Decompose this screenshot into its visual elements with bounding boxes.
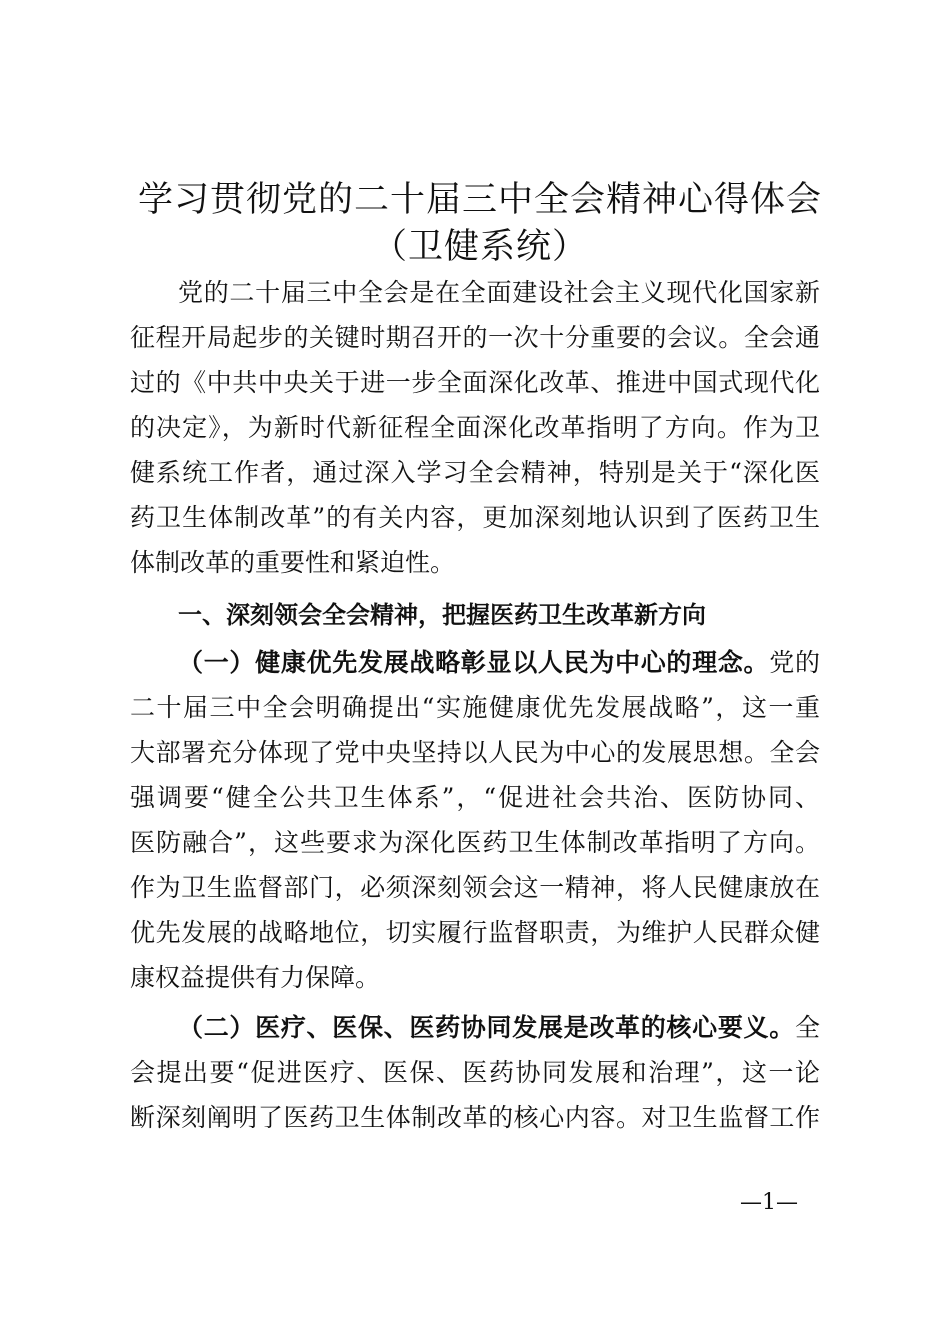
paragraph-line: 党的二十届三中全会是在全面建设社会主义现代化国家新 (178, 278, 820, 308)
paragraph-line: 过的《中共中央关于进一步全面深化改革、推进中国式现代化 (130, 368, 820, 398)
page-number: —1— (740, 1190, 798, 1215)
subsection-lead: （二）医疗、医保、医药协同发展是改革的核心要义。 (178, 1013, 795, 1042)
paragraph-line: 二十届三中全会明确提出“实施健康优先发展战略”，这一重 (130, 693, 820, 723)
paragraph-line: 医防融合”，这些要求为深化医药卫生体制改革指明了方向。 (130, 828, 820, 858)
paragraph-line: 断深刻阐明了医药卫生体制改革的核心内容。对卫生监督工作 (130, 1103, 820, 1133)
subsection-text: 党的 (769, 648, 820, 677)
paragraph-line: 优先发展的战略地位，切实履行监督职责，为维护人民群众健 (130, 918, 820, 948)
subsection-first-line: （二）医疗、医保、医药协同发展是改革的核心要义。全 (178, 1013, 820, 1043)
paragraph-line: 的决定》，为新时代新征程全面深化改革指明了方向。作为卫 (130, 413, 820, 443)
paragraph-line: 健系统工作者，通过深入学习全会精神，特别是关于“深化医 (130, 458, 820, 488)
paragraph-line: 征程开局起步的关键时期召开的一次十分重要的会议。全会通 (130, 323, 820, 353)
subsection-text: 全 (795, 1013, 820, 1042)
paragraph-line: 大部署充分体现了党中央坚持以人民为中心的发展思想。全会 (130, 738, 820, 768)
paragraph-line: 体制改革的重要性和紧迫性。 (130, 548, 820, 578)
document-subtitle: （卫健系统） (5, 219, 950, 269)
paragraph-line: 康权益提供有力保障。 (130, 963, 820, 993)
subsection-first-line: （一）健康优先发展战略彰显以人民为中心的理念。党的 (178, 648, 820, 678)
document-title: 学习贯彻党的二十届三中全会精神心得体会 (5, 172, 950, 222)
paragraph-line: 药卫生体制改革”的有关内容，更加深刻地认识到了医药卫生 (130, 503, 820, 533)
subsection-lead: （一）健康优先发展战略彰显以人民为中心的理念。 (178, 648, 769, 677)
section-heading: 一、深刻领会全会精神，把握医药卫生改革新方向 (178, 600, 706, 630)
paragraph-line: 强调要“健全公共卫生体系”，“促进社会共治、医防协同、 (130, 783, 820, 813)
paragraph-line: 会提出要“促进医疗、医保、医药协同发展和治理”，这一论 (130, 1058, 820, 1088)
paragraph-line: 作为卫生监督部门，必须深刻领会这一精神，将人民健康放在 (130, 873, 820, 903)
document-page: 学习贯彻党的二十届三中全会精神心得体会 （卫健系统） 党的二十届三中全会是在全面… (0, 0, 950, 1344)
